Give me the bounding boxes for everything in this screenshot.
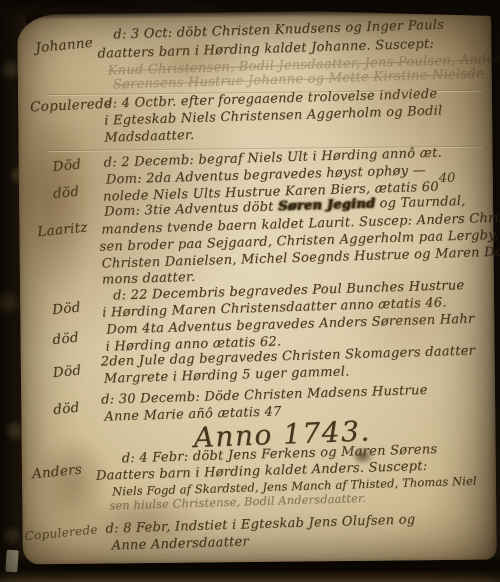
margin-note: Laaritz (37, 219, 89, 240)
entry-line: Madsdaatter. (104, 128, 194, 146)
age-number: 40 (439, 171, 456, 186)
margin-note: Copulerede (24, 522, 98, 543)
margin-note: död (52, 330, 80, 348)
page-corner-highlight (5, 550, 19, 573)
entry-line: Anne Andersdaatter (111, 534, 249, 553)
margin-note: Anders (31, 462, 83, 483)
margin-note: Död (52, 362, 82, 381)
overwritten-word: Søren Jegind (278, 197, 376, 215)
margin-note: Död (52, 156, 82, 175)
entry-line-text: og Taurndal, (375, 194, 466, 212)
entry-line: mons daatter. (102, 270, 196, 288)
margin-note: Copulerede (30, 96, 113, 116)
margin-note: död (52, 184, 80, 202)
entry-line: d: 8 Febr, Indstiet i Egteskab Jens Oluf… (105, 512, 415, 536)
margin-note: död (52, 400, 80, 418)
margin-note: Johanne (35, 35, 94, 57)
paper-stain (34, 434, 113, 535)
paper-stain (10, 109, 98, 300)
scanned-register-photo: Johanne d: 3 Oct: döbt Christen Knudsens… (0, 0, 500, 582)
margin-note: Död (51, 299, 81, 318)
register-page: Johanne d: 3 Oct: döbt Christen Knudsens… (17, 10, 497, 565)
